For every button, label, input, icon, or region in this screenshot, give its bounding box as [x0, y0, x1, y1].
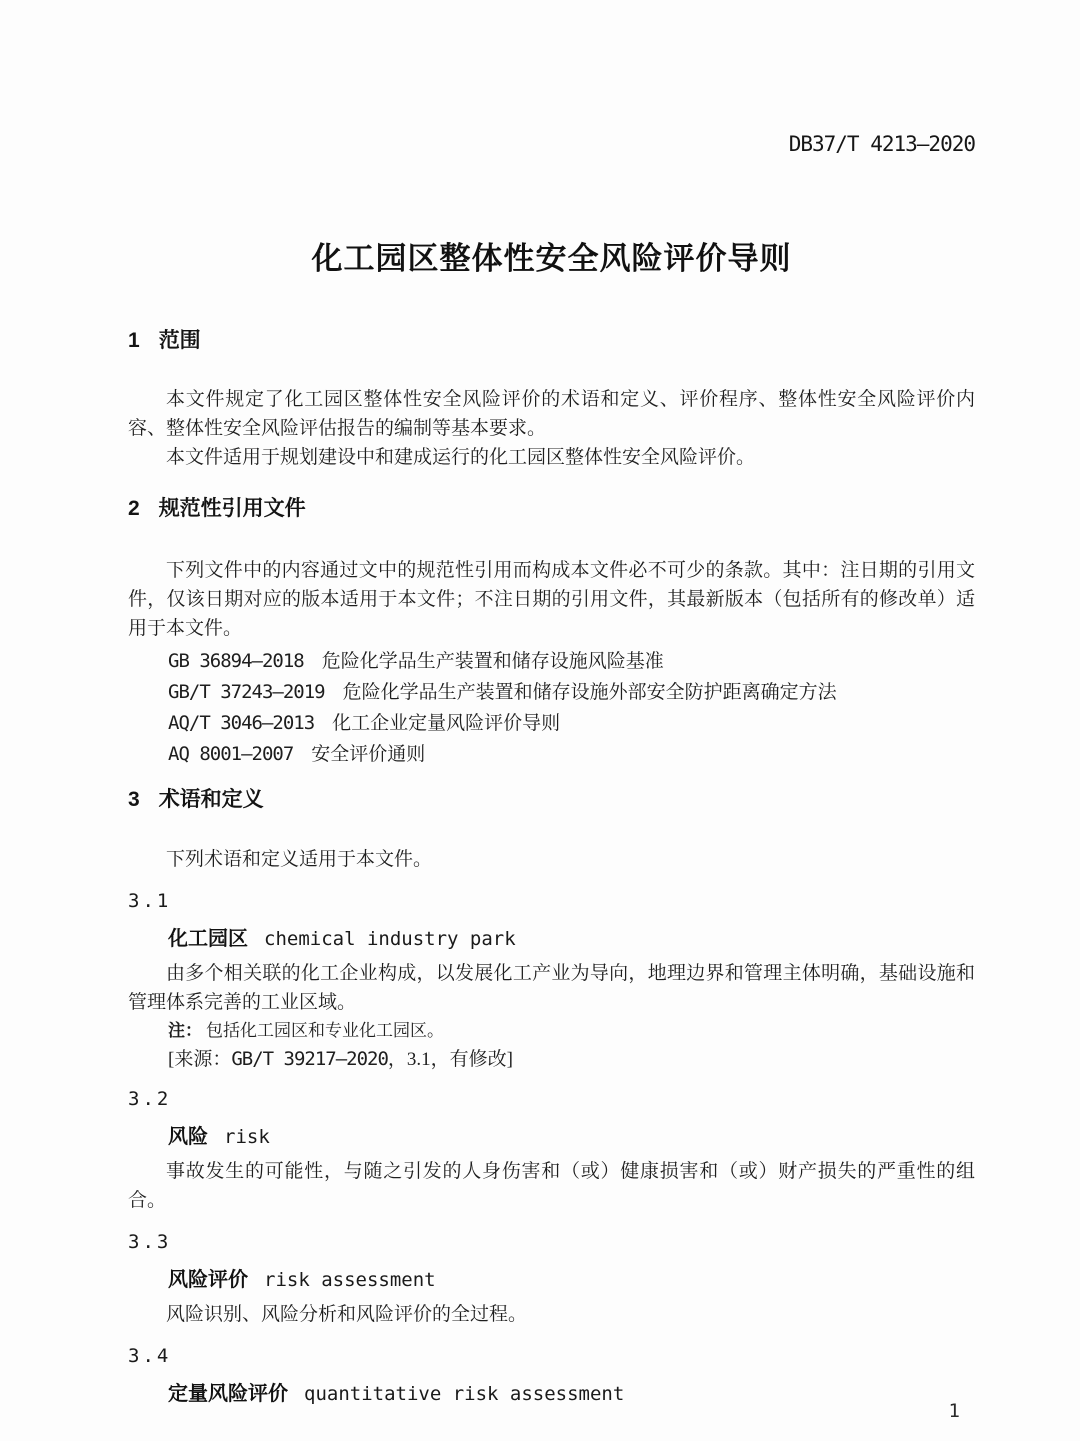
clause-number: 3.4	[128, 1345, 975, 1367]
term-block-3-4: 3.4 定量风险评价quantitative risk assessment	[128, 1345, 975, 1408]
section-1-title: 范围	[159, 329, 201, 352]
clause-number: 3.2	[128, 1088, 975, 1110]
term-heading: 风险评价risk assessment	[128, 1268, 975, 1294]
term-block-3-2: 3.2 风险risk 事故发生的可能性，与随之引发的人身伤害和（或）健康损害和（…	[128, 1088, 975, 1215]
term-definition: 由多个相关联的化工企业构成，以发展化工产业为导向，地理边界和管理主体明确，基础设…	[128, 959, 975, 1017]
note-label: 注：	[168, 1021, 202, 1040]
scope-paragraph-2: 本文件适用于规划建设中和建成运行的化工园区整体性安全风险评价。	[128, 443, 975, 472]
section-2-number: 2	[128, 497, 140, 521]
document-page: DB37/T 4213—2020 化工园区整体性安全风险评价导则 1范围 本文件…	[0, 0, 1080, 1441]
doc-code: DB37/T 4213—2020	[128, 133, 975, 155]
term-definition: 风险识别、风险分析和风险评价的全过程。	[128, 1300, 975, 1329]
reference-title: 危险化学品生产装置和储存设施外部安全防护距离确定方法	[343, 682, 837, 703]
term-definition: 事故发生的可能性，与随之引发的人身伤害和（或）健康损害和（或）财产损失的严重性的…	[128, 1157, 975, 1215]
term-zh: 定量风险评价	[168, 1383, 288, 1405]
note-text: 包括化工园区和专业化工园区。	[206, 1021, 444, 1040]
term-en: risk	[224, 1126, 270, 1148]
clause-number: 3.3	[128, 1231, 975, 1253]
clause-number: 3.1	[128, 890, 975, 912]
term-zh: 风险评价	[168, 1269, 248, 1291]
term-en: quantitative risk assessment	[304, 1383, 624, 1405]
section-2-title: 规范性引用文件	[159, 497, 306, 520]
references-intro-paragraph: 下列文件中的内容通过文中的规范性引用而构成本文件必不可少的条款。其中：注日期的引…	[128, 556, 975, 643]
term-note: 注：包括化工园区和专业化工园区。	[128, 1020, 975, 1042]
section-2-heading: 2规范性引用文件	[128, 497, 975, 521]
reference-title: 安全评价通则	[311, 744, 425, 765]
source-code: GB/T 39217—2020	[231, 1048, 388, 1070]
terms-intro-paragraph: 下列术语和定义适用于本文件。	[128, 845, 975, 874]
term-zh: 风险	[168, 1126, 208, 1148]
section-1-heading: 1范围	[128, 329, 975, 353]
reference-code: AQ/T 3046—2013	[168, 712, 314, 734]
term-heading: 化工园区chemical industry park	[128, 927, 975, 953]
term-block-3-3: 3.3 风险评价risk assessment 风险识别、风险分析和风险评价的全…	[128, 1231, 975, 1329]
reference-title: 危险化学品生产装置和储存设施风险基准	[322, 651, 664, 672]
term-zh: 化工园区	[168, 928, 248, 950]
reference-code: GB/T 37243—2019	[168, 681, 325, 703]
document-title: 化工园区整体性安全风险评价导则	[128, 241, 975, 277]
reference-code: GB 36894—2018	[168, 650, 304, 672]
reference-item: AQ/T 3046—2013化工企业定量风险评价导则	[128, 708, 975, 739]
term-source: [来源：GB/T 39217—2020，3.1，有修改]	[128, 1047, 975, 1072]
page-number: 1	[949, 1400, 960, 1422]
term-en: risk assessment	[264, 1269, 436, 1291]
term-block-3-1: 3.1 化工园区chemical industry park 由多个相关联的化工…	[128, 890, 975, 1072]
scope-paragraph-1: 本文件规定了化工园区整体性安全风险评价的术语和定义、评价程序、整体性安全风险评价…	[128, 385, 975, 443]
section-1-number: 1	[128, 329, 140, 353]
reference-title: 化工企业定量风险评价导则	[332, 713, 560, 734]
term-en: chemical industry park	[264, 928, 516, 950]
section-3-title: 术语和定义	[159, 788, 264, 811]
reference-item: GB 36894—2018危险化学品生产装置和储存设施风险基准	[128, 646, 975, 677]
reference-item: GB/T 37243—2019危险化学品生产装置和储存设施外部安全防护距离确定方…	[128, 677, 975, 708]
term-heading: 风险risk	[128, 1125, 975, 1151]
reference-code: AQ 8001—2007	[168, 743, 293, 765]
term-heading: 定量风险评价quantitative risk assessment	[128, 1382, 975, 1408]
source-prefix: [来源：	[168, 1049, 231, 1070]
source-suffix: ，3.1，有修改]	[388, 1049, 513, 1070]
section-3-heading: 3术语和定义	[128, 788, 975, 812]
normative-references-list: GB 36894—2018危险化学品生产装置和储存设施风险基准 GB/T 372…	[128, 646, 975, 770]
section-3-number: 3	[128, 788, 140, 812]
reference-item: AQ 8001—2007安全评价通则	[128, 739, 975, 770]
